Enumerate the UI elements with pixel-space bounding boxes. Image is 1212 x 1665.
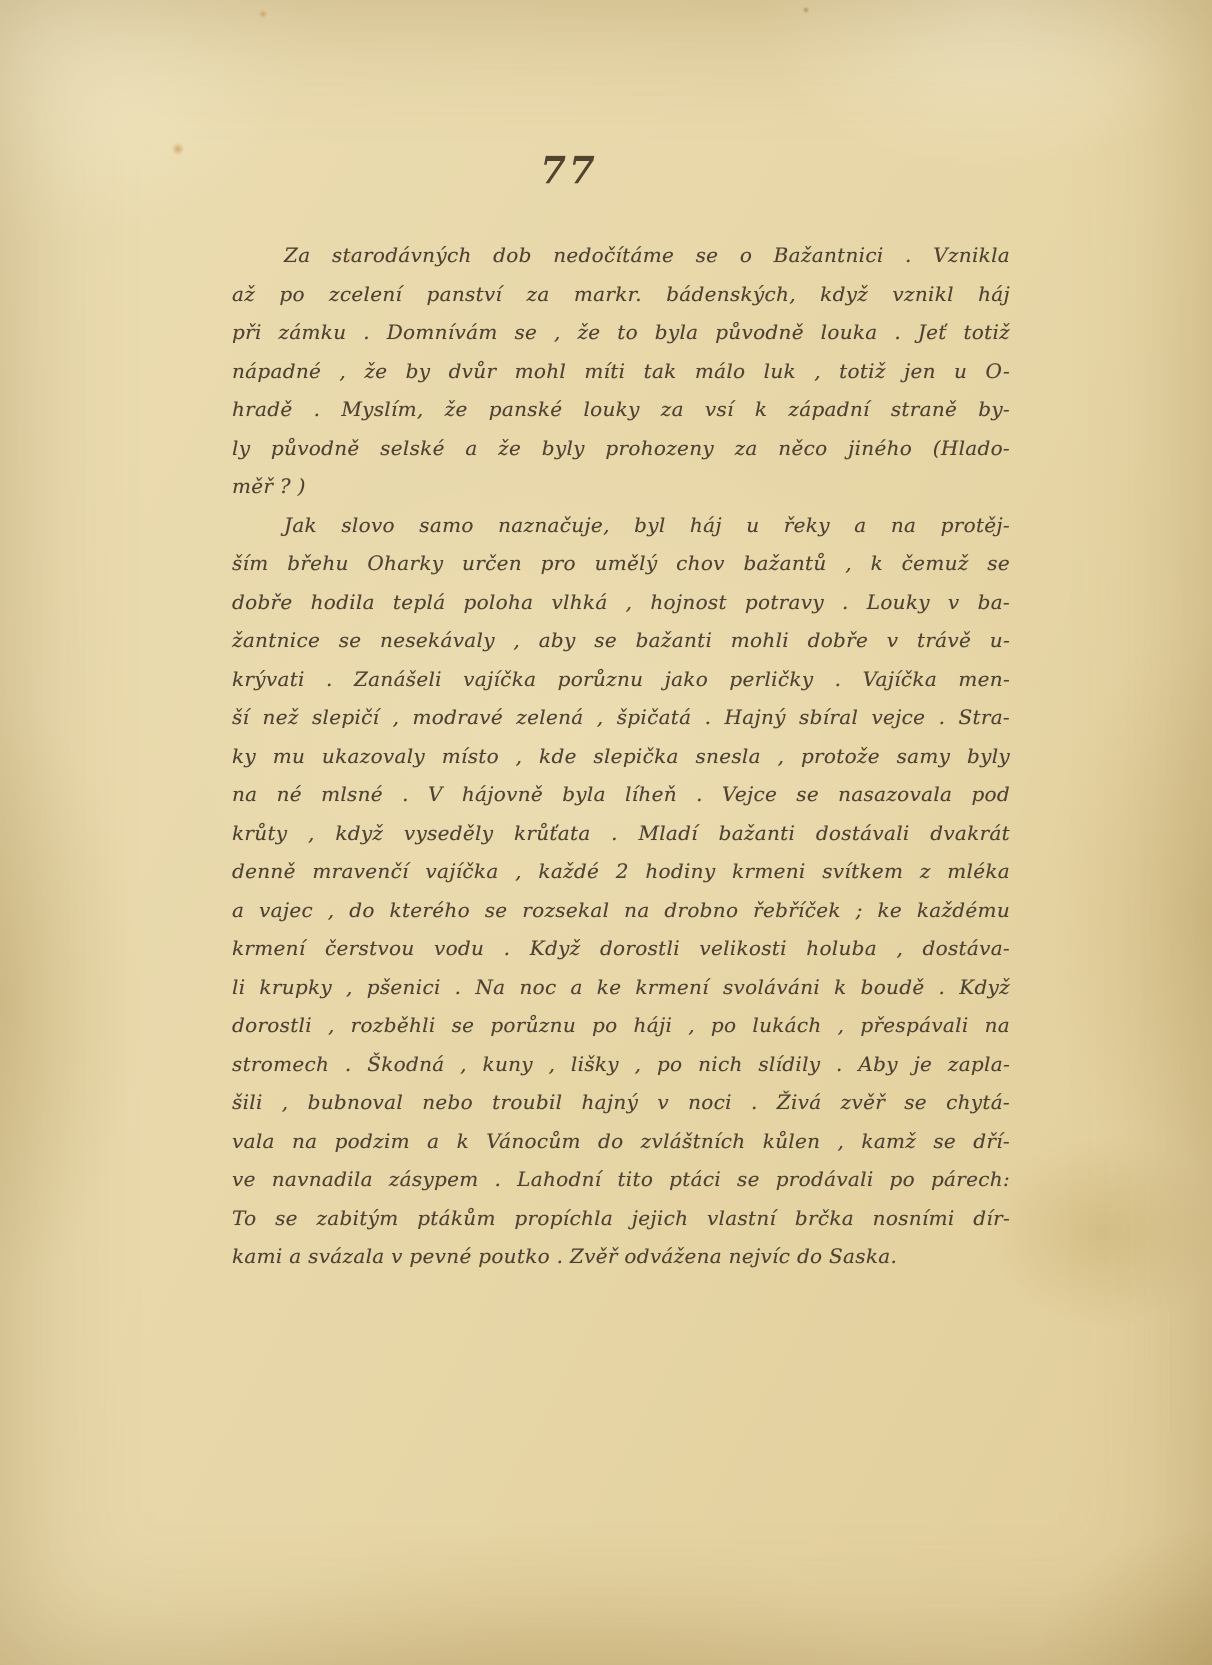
manuscript-line: krývati . Zanášeli vajíčka porůznu jako … — [232, 660, 1010, 699]
manuscript-line: To se zabitým ptákům propíchla jejich vl… — [232, 1199, 1010, 1238]
manuscript-text-block: Za starodávných dob nedočítáme se o Baža… — [232, 236, 1010, 1276]
manuscript-line: stromech . Škodná , kuny , lišky , po ni… — [232, 1045, 1010, 1084]
manuscript-line: dobře hodila teplá poloha vlhká , hojnos… — [232, 583, 1010, 622]
manuscript-line: denně mravenčí vajíčka , každé 2 hodiny … — [232, 852, 1010, 891]
manuscript-line: dorostli , rozběhli se porůznu po háji ,… — [232, 1006, 1010, 1045]
manuscript-line: krmení čerstvou vodu . Když dorostli vel… — [232, 929, 1010, 968]
manuscript-line: na né mlsné . V hájovně byla líheň . Vej… — [232, 775, 1010, 814]
manuscript-line: žantnice se nesekávaly , aby se bažanti … — [232, 621, 1010, 660]
manuscript-line: a vajec , do kterého se rozsekal na drob… — [232, 891, 1010, 930]
manuscript-line: vala na podzim a k Vánocům do zvláštních… — [232, 1122, 1010, 1161]
manuscript-line: ly původně selské a že byly prohozeny za… — [232, 429, 1010, 468]
manuscript-line: měř ? ) — [232, 467, 1010, 506]
manuscript-line: krůty , když vyseděly krůťata . Mladí ba… — [232, 814, 1010, 853]
manuscript-line: nápadné , že by dvůr mohl míti tak málo … — [232, 352, 1010, 391]
manuscript-line: Za starodávných dob nedočítáme se o Baža… — [232, 236, 1010, 275]
manuscript-line: kami a svázala v pevné poutko . Zvěř odv… — [232, 1237, 1010, 1276]
manuscript-line: Jak slovo samo naznačuje, byl háj u řeky… — [232, 506, 1010, 545]
manuscript-line: ve navnadila zásypem . Lahodní tito ptác… — [232, 1160, 1010, 1199]
manuscript-line: při zámku . Domnívám se , že to byla pův… — [232, 313, 1010, 352]
manuscript-line: ším břehu Oharky určen pro umělý chov ba… — [232, 544, 1010, 583]
manuscript-line: li krupky , pšenici . Na noc a ke krmení… — [232, 968, 1010, 1007]
manuscript-line: ky mu ukazovaly místo , kde slepička sne… — [232, 737, 1010, 776]
manuscript-line: šili , bubnoval nebo troubil hajný v noc… — [232, 1083, 1010, 1122]
page-number: 77 — [180, 148, 958, 192]
manuscript-line: hradě . Myslím, že panské louky za vsí k… — [232, 390, 1010, 429]
manuscript-line: ší než slepičí , modravé zelená , špičat… — [232, 698, 1010, 737]
manuscript-line: až po zcelení panství za markr. bádenský… — [232, 275, 1010, 314]
